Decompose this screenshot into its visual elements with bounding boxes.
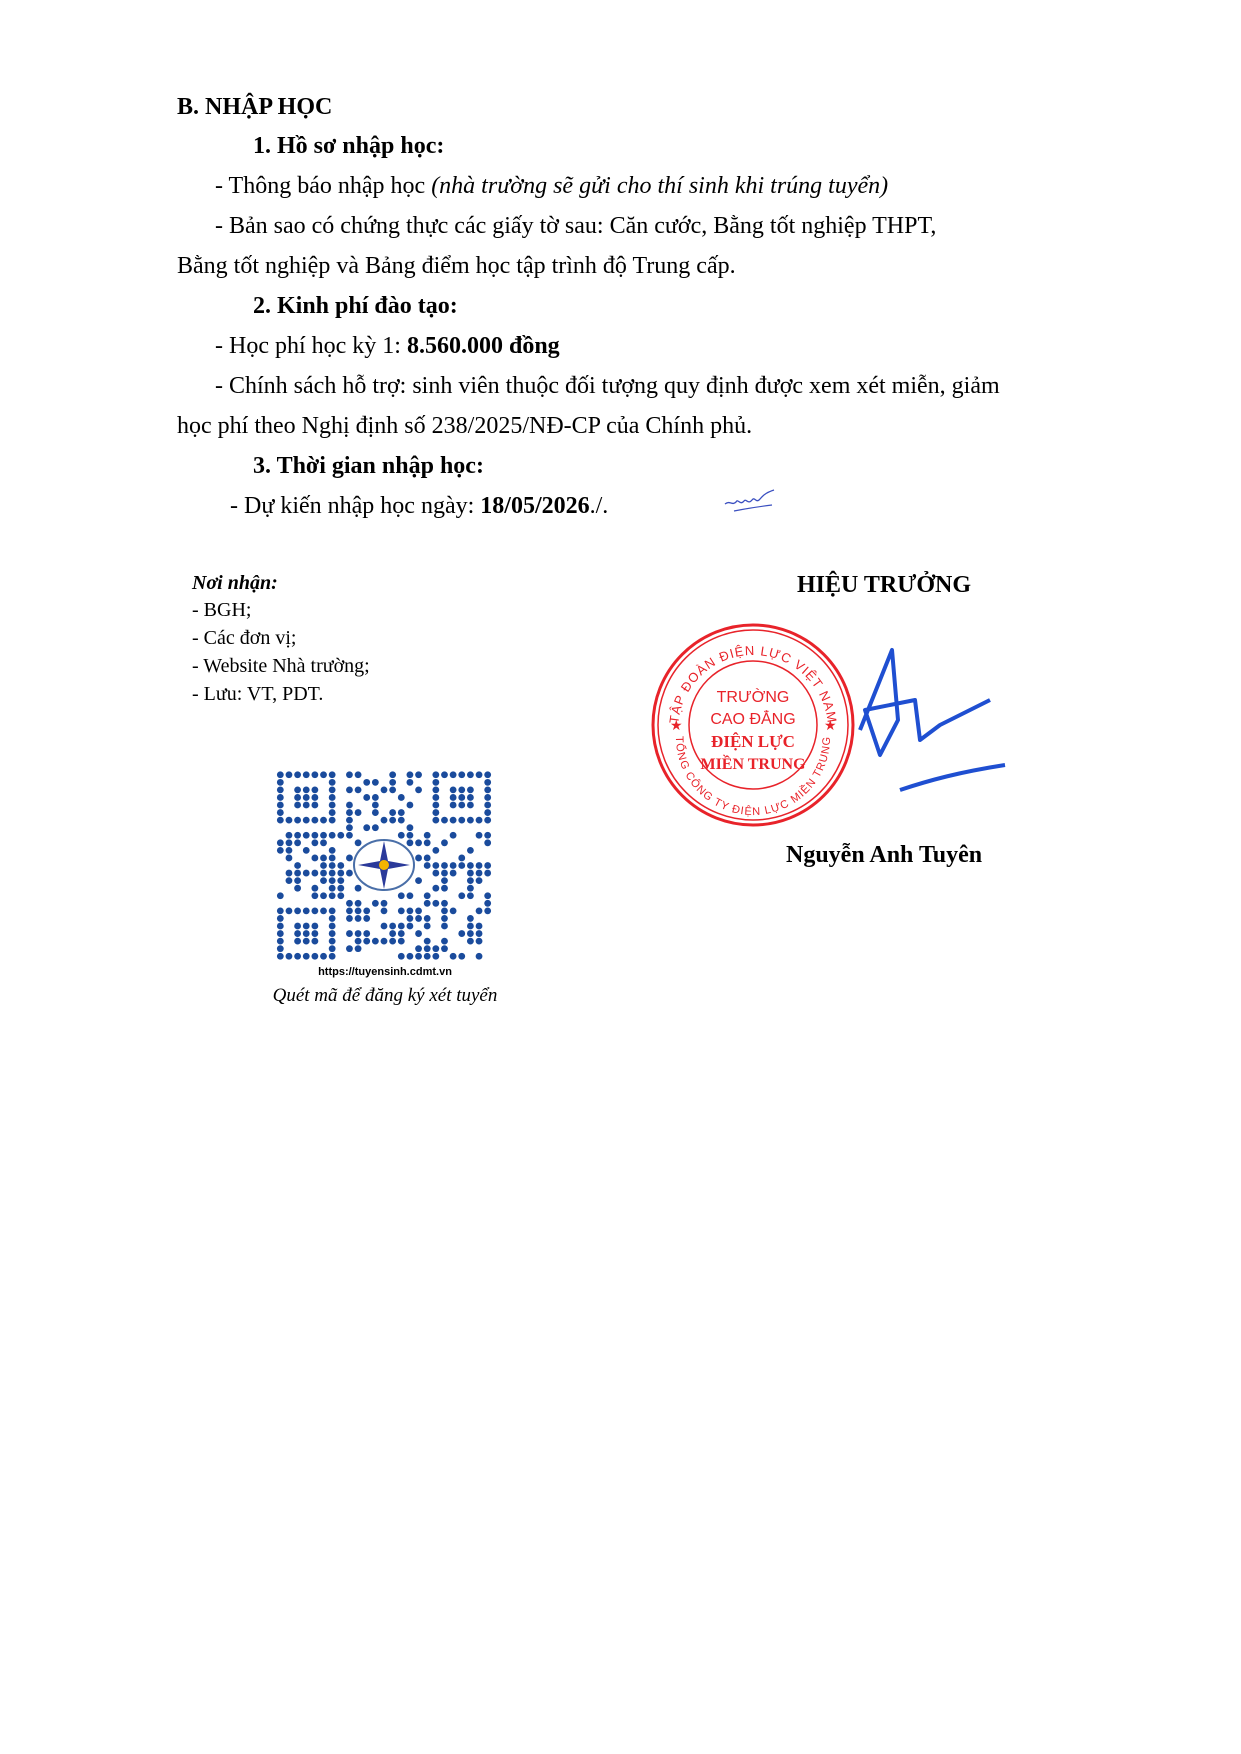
tuition-amount: 8.560.000 đồng xyxy=(407,333,560,359)
admission-notice-text: - Thông báo nhập học xyxy=(215,173,431,199)
certified-copies-line-1: - Bản sao có chứng thực các giấy tờ sau:… xyxy=(215,211,936,241)
recipient-item: - BGH; xyxy=(192,597,251,623)
signer-name: Nguyễn Anh Tuyên xyxy=(786,840,982,870)
tuition-line: - Học phí học kỳ 1: 8.560.000 đồng xyxy=(215,331,560,361)
enrollment-date: 18/05/2026 xyxy=(480,493,589,519)
enrollment-date-label: - Dự kiến nhập học ngày: xyxy=(230,493,480,519)
qr-caption: Quét mã để đăng ký xét tuyển xyxy=(240,985,530,1007)
recipient-item: - Website Nhà trường; xyxy=(192,653,370,679)
heading-admission-docs: 1. Hồ sơ nhập học: xyxy=(253,131,444,161)
certified-copies-line-2: Bằng tốt nghiệp và Bảng điểm học tập trì… xyxy=(177,251,736,281)
qr-code-icon[interactable] xyxy=(276,771,492,960)
section-title: B. NHẬP HỌC xyxy=(177,92,332,122)
stamp-line: MIỀN TRUNG xyxy=(700,754,806,773)
signer-title: HIỆU TRƯỞNG xyxy=(797,570,971,600)
handwritten-signature-icon xyxy=(840,640,1010,820)
qr-url[interactable]: https://tuyensinh.cdmt.vn xyxy=(250,966,520,978)
stamp-line: ĐIỆN LỰC xyxy=(711,732,795,751)
svg-text:★: ★ xyxy=(824,719,837,734)
tuition-label: - Học phí học kỳ 1: xyxy=(215,333,407,359)
stamp-line: TRƯỜNG xyxy=(717,687,790,706)
support-policy-line-2: học phí theo Nghị định số 238/2025/NĐ-CP… xyxy=(177,411,752,441)
enrollment-date-line: - Dự kiến nhập học ngày: 18/05/2026./. xyxy=(230,491,608,521)
recipient-item: - Lưu: VT, PDT. xyxy=(192,681,323,707)
admission-notice-note: (nhà trường sẽ gửi cho thí sinh khi trún… xyxy=(431,173,888,199)
heading-enrollment-time: 3. Thời gian nhập học: xyxy=(253,451,484,481)
svg-text:★: ★ xyxy=(670,719,683,734)
heading-tuition: 2. Kinh phí đào tạo: xyxy=(253,291,458,321)
official-stamp-icon: TẬP ĐOÀN ĐIỆN LỰC VIỆT NAM TỔNG CÔNG TY … xyxy=(648,620,858,830)
enrollment-date-end: ./. xyxy=(590,493,609,519)
admission-notice-line: - Thông báo nhập học (nhà trường sẽ gửi … xyxy=(215,171,888,201)
support-policy-line-1: - Chính sách hỗ trợ: sinh viên thuộc đối… xyxy=(215,371,1000,401)
recipients-label: Nơi nhận: xyxy=(192,570,278,596)
recipient-item: - Các đơn vị; xyxy=(192,625,296,651)
stamp-line: CAO ĐẲNG xyxy=(710,709,795,728)
initial-signature-icon xyxy=(722,486,777,516)
